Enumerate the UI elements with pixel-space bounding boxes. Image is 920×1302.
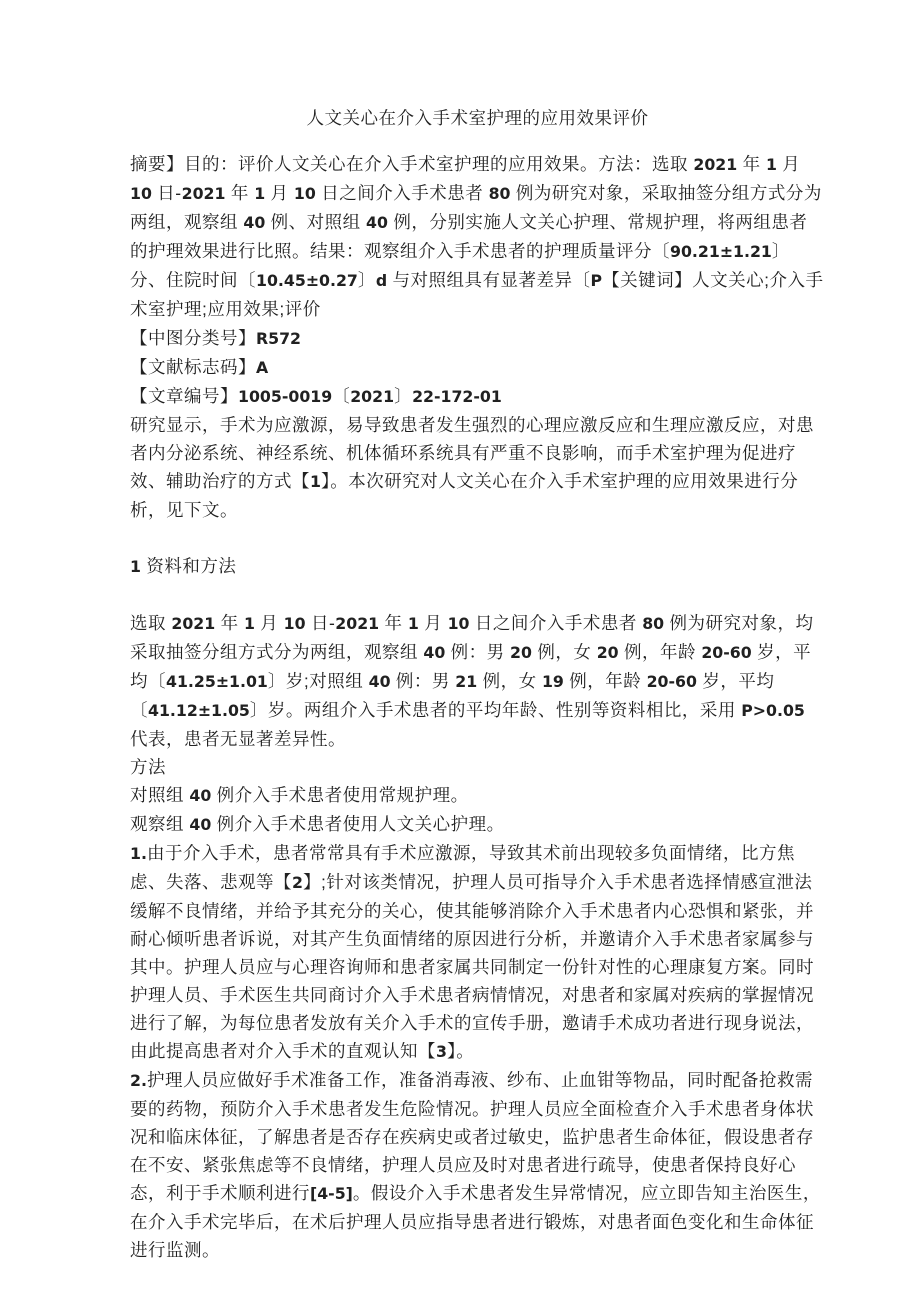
latin-run: 3	[436, 1042, 447, 1061]
latin-run: 1	[310, 472, 321, 491]
latin-run: 40	[369, 672, 391, 691]
latin-run: A	[256, 358, 268, 377]
latin-run: 1	[130, 557, 141, 576]
document-page: 人文关心在介入手术室护理的应用效果评价摘要】目的：评价人文关心在介入手术室护理的…	[0, 0, 920, 1302]
latin-run: 10	[448, 614, 470, 633]
abstract-paragraph: 摘要】目的：评价人文关心在介入手术室护理的应用效果。方法：选取 2021 年 1…	[130, 150, 825, 324]
paragraph: 1.由于介入手术，患者常常具有手术应激源，导致其术前出现较多负面情绪，比方焦虑、…	[130, 839, 825, 1066]
latin-run: 1	[244, 614, 255, 633]
paragraph: 2.护理人员应做好手术准备工作，准备消毒液、纱布、止血钳等物品，同时配备抢救需要…	[130, 1066, 825, 1264]
latin-run: 1	[254, 184, 265, 203]
latin-run: 10	[294, 184, 316, 203]
latin-run: 2021	[335, 614, 379, 633]
latin-run: 2	[292, 873, 303, 892]
latin-run: 1005-0019	[238, 387, 332, 406]
latin-run: 1.	[130, 844, 147, 863]
latin-run: 40	[189, 815, 211, 834]
latin-run: 19	[542, 672, 564, 691]
latin-run: 20-60	[647, 672, 697, 691]
meta-line: 【文献标志码】A	[130, 353, 825, 382]
latin-run: 2.	[130, 1071, 147, 1090]
paragraph: 对照组 40 例介入手术患者使用常规护理。	[130, 781, 825, 810]
latin-run: 22-172-01	[412, 387, 502, 406]
latin-run: 20-60	[701, 643, 751, 662]
latin-run: 10	[130, 184, 152, 203]
latin-run: 41.25±1.01	[166, 672, 268, 691]
document-title: 人文关心在介入手术室护理的应用效果评价	[130, 104, 825, 132]
latin-run: 90.21±1.21	[670, 242, 772, 261]
latin-run: P>0.05	[741, 701, 805, 720]
latin-run: 80	[489, 184, 511, 203]
meta-line: 【中图分类号】R572	[130, 324, 825, 353]
latin-run: 21	[455, 672, 477, 691]
latin-run: 40	[366, 213, 388, 232]
latin-run: 2021	[693, 155, 737, 174]
latin-run: 2021	[171, 614, 215, 633]
latin-run: 20	[597, 643, 619, 662]
section-heading: 1 资料和方法	[130, 552, 825, 581]
paragraph: 选取 2021 年 1 月 10 日-2021 年 1 月 10 日之间介入手术…	[130, 609, 825, 753]
paragraph: 方法	[130, 753, 825, 781]
latin-run: 10	[284, 614, 306, 633]
paragraph: 观察组 40 例介入手术患者使用人文关心护理。	[130, 810, 825, 839]
meta-line: 【文章编号】1005-0019〔2021〕22-172-01	[130, 382, 825, 411]
latin-run: 1	[766, 155, 777, 174]
latin-run: 1	[408, 614, 419, 633]
latin-run: P	[591, 271, 603, 290]
latin-run: 40	[423, 643, 445, 662]
latin-run: 41.12±1.05	[148, 701, 250, 720]
latin-run: [4-5]	[310, 1184, 353, 1203]
latin-run: 80	[642, 614, 664, 633]
latin-run: 10.45±0.27	[256, 271, 358, 290]
latin-run: R572	[256, 329, 301, 348]
latin-run: 2021	[350, 387, 394, 406]
latin-run: 2021	[182, 184, 226, 203]
latin-run: 40	[189, 786, 211, 805]
latin-run: d	[376, 271, 387, 290]
paragraph: 研究显示，手术为应激源，易导致患者发生强烈的心理应激反应和生理应激反应，对患者内…	[130, 411, 825, 524]
latin-run: 20	[510, 643, 532, 662]
latin-run: 40	[243, 213, 265, 232]
